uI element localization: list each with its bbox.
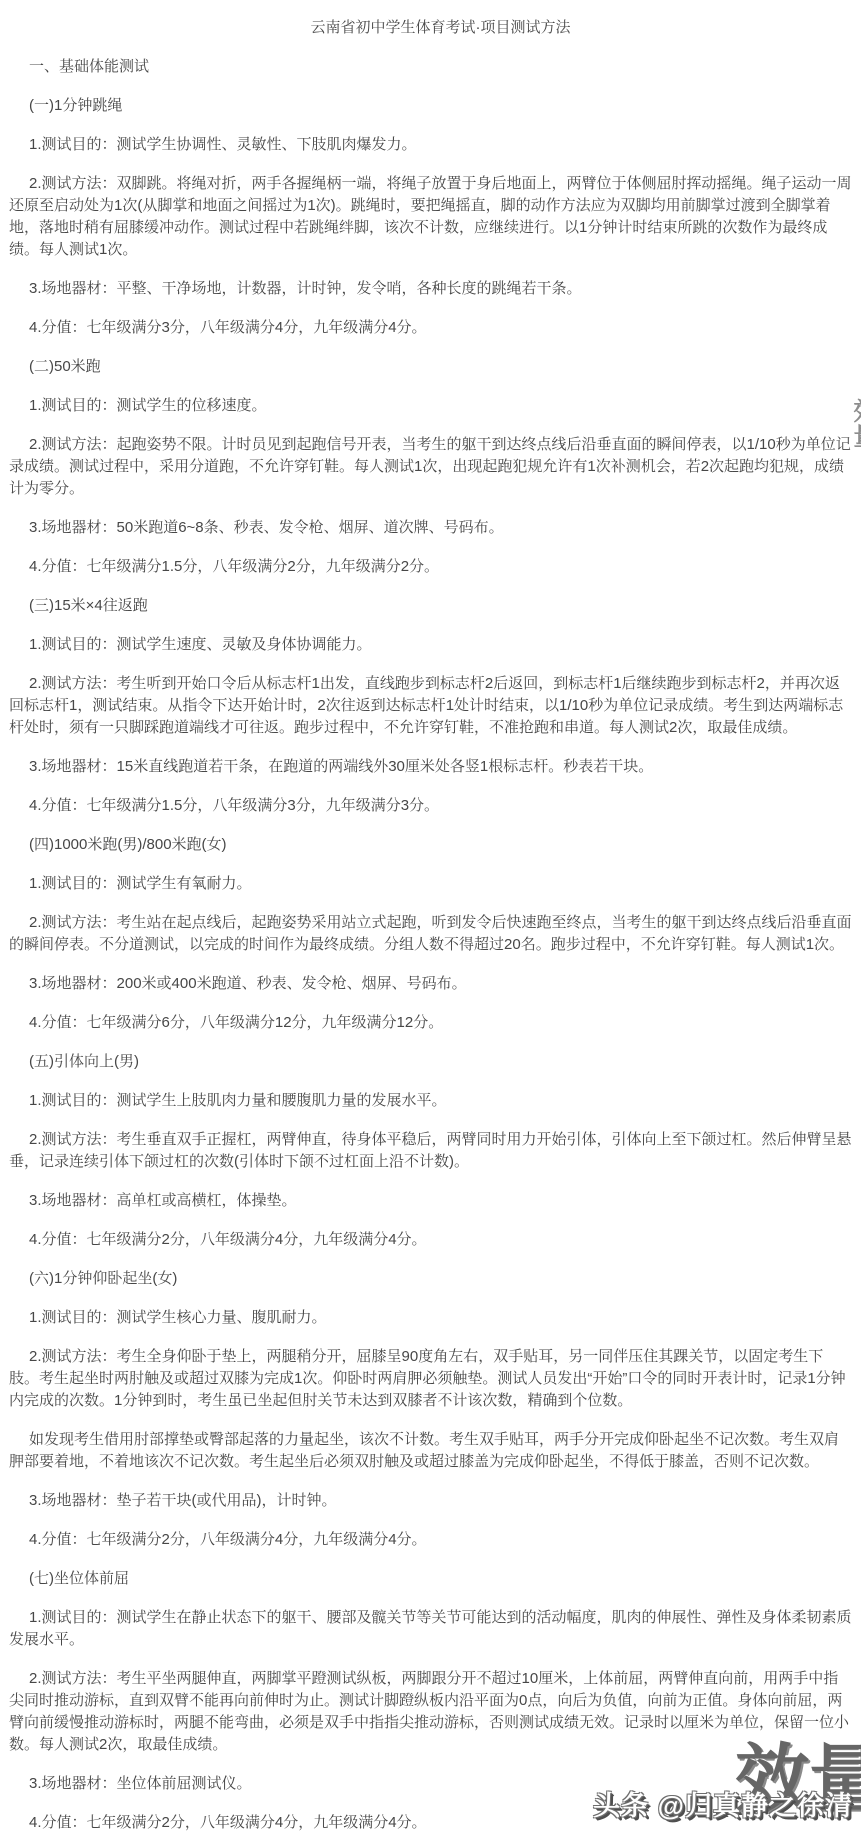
- item-heading: (五)引体向上(男): [9, 1051, 852, 1073]
- item-paragraph: 1.测试目的：测试学生的位移速度。: [9, 395, 852, 417]
- item-paragraph: 3.场地器材：15米直线跑道若干条，在跑道的两端线外30厘米处各竖1根标志杆。秒…: [9, 756, 852, 778]
- item-paragraph: 4.分值：七年级满分1.5分，八年级满分3分，九年级满分3分。: [9, 795, 852, 817]
- item-paragraph: 1.测试目的：测试学生速度、灵敏及身体协调能力。: [9, 634, 852, 656]
- item-paragraph: 1.测试目的：测试学生上肢肌肉力量和腰腹肌力量的发展水平。: [9, 1090, 852, 1112]
- item-paragraph: 3.场地器材：50米跑道6~8条、秒表、发令枪、烟屏、道次牌、号码布。: [9, 517, 852, 539]
- item-paragraph: 1.测试目的：测试学生在静止状态下的躯干、腰部及髋关节等关节可能达到的活动幅度，…: [9, 1607, 852, 1651]
- item-heading: (二)50米跑: [9, 356, 852, 378]
- item-paragraph: 4.分值：七年级满分1.5分，八年级满分2分，九年级满分2分。: [9, 556, 852, 578]
- item-paragraph: 3.场地器材：垫子若干块(或代用品)，计时钟。: [9, 1490, 852, 1512]
- byline-watermark: 头条 @归真静之徐清: [593, 1795, 853, 1817]
- item-paragraph: 2.测试方法：考生全身仰卧于垫上，两腿稍分开，屈膝呈90度角左右，双手贴耳，另一…: [9, 1346, 852, 1412]
- item-paragraph: 1.测试目的：测试学生协调性、灵敏性、下肢肌肉爆发力。: [9, 134, 852, 156]
- item-paragraph: 2.测试方法：考生平坐两腿伸直，两脚掌平蹬测试纵板，两脚跟分开不超过10厘米，上…: [9, 1668, 852, 1756]
- item-paragraph: 2.测试方法：双脚跳。将绳对折，两手各握绳柄一端，将绳子放置于身后地面上，两臂位…: [9, 173, 852, 261]
- item-paragraph: 2.测试方法：考生垂直双手正握杠，两臂伸直，待身体平稳后，两臂同时用力开始引体，…: [9, 1129, 852, 1173]
- item-heading: (四)1000米跑(男)/800米跑(女): [9, 834, 852, 856]
- item-paragraph: 2.测试方法：考生站在起点线后，起跑姿势采用站立式起跑，听到发令后快速跑至终点，…: [9, 912, 852, 956]
- item-paragraph: 2.测试方法：考生听到开始口令后从标志杆1出发，直线跑步到标志杆2后返回，到标志…: [9, 673, 852, 739]
- item-heading: (一)1分钟跳绳: [9, 95, 852, 117]
- page-title: 云南省初中学生体育考试·项目测试方法: [9, 17, 852, 39]
- item-heading: (七)坐位体前屈: [9, 1568, 852, 1590]
- section-heading: 一、基础体能测试: [9, 56, 852, 78]
- item-heading: (六)1分钟仰卧起坐(女): [9, 1268, 852, 1290]
- item-paragraph: 如发现考生借用肘部撑垫或臀部起落的力量起坐，该次不计数。考生双手贴耳，两手分开完…: [9, 1429, 852, 1473]
- document-body: (一)1分钟跳绳1.测试目的：测试学生协调性、灵敏性、下肢肌肉爆发力。2.测试方…: [9, 95, 852, 1834]
- item-paragraph: 3.场地器材：平整、干净场地，计数器，计时钟，发令哨，各种长度的跳绳若干条。: [9, 278, 852, 300]
- item-paragraph: 1.测试目的：测试学生有氧耐力。: [9, 873, 852, 895]
- item-paragraph: 4.分值：七年级满分3分，八年级满分4分，九年级满分4分。: [9, 317, 852, 339]
- item-paragraph: 3.场地器材：高单杠或高横杠，体操垫。: [9, 1190, 852, 1212]
- item-heading: (三)15米×4往返跑: [9, 595, 852, 617]
- item-paragraph: 4.分值：七年级满分6分，八年级满分12分，九年级满分12分。: [9, 1012, 852, 1034]
- item-paragraph: 2.测试方法：起跑姿势不限。计时员见到起跑信号开表，当考生的躯干到达终点线后沿垂…: [9, 434, 852, 500]
- item-paragraph: 4.分值：七年级满分2分，八年级满分4分，九年级满分4分。: [9, 1529, 852, 1551]
- document-page: 云南省初中学生体育考试·项目测试方法 一、基础体能测试 (一)1分钟跳绳1.测试…: [0, 17, 861, 1834]
- corner-watermark: 效量: [735, 1768, 861, 1790]
- edge-watermark: 效量: [853, 398, 861, 448]
- item-paragraph: 3.场地器材：200米或400米跑道、秒表、发令枪、烟屏、号码布。: [9, 973, 852, 995]
- item-paragraph: 1.测试目的：测试学生核心力量、腹肌耐力。: [9, 1307, 852, 1329]
- item-paragraph: 4.分值：七年级满分2分，八年级满分4分，九年级满分4分。: [9, 1229, 852, 1251]
